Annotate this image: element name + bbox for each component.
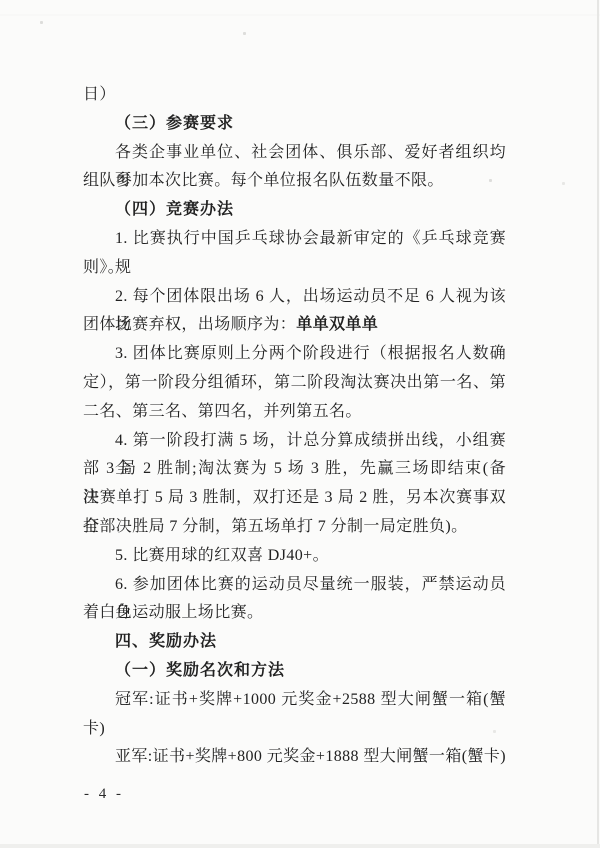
- text-segment: 全部决胜局 7 分制，第五场单打 7 分制一局定胜负)。: [83, 518, 468, 535]
- text-line: 着白色运动服上场比赛。: [83, 599, 506, 628]
- scan-speck: [243, 32, 246, 35]
- text-segment: 卡): [83, 720, 105, 737]
- text-line: 3. 团体比赛原则上分两个阶段进行（根据报名人数确: [83, 340, 506, 369]
- scan-speck: [493, 730, 496, 733]
- text-line: （一）奖励名次和方法: [83, 657, 506, 686]
- scan-page-edge: [0, 844, 600, 848]
- document-page: 日）（三）参赛要求各类企事业单位、社会团体、俱乐部、爱好者组织均可组队参加本次比…: [0, 0, 600, 848]
- text-line: 卡): [83, 715, 506, 744]
- scan-speck: [40, 21, 43, 24]
- text-line: 亚军:证书+奖牌+800 元奖金+1888 型大闸蟹一箱(蟹卡): [83, 743, 506, 772]
- text-segment: （三）参赛要求: [115, 115, 234, 132]
- text-segment: 3. 团体比赛原则上分两个阶段进行（根据报名人数确: [115, 345, 506, 362]
- text-segment: 团体比赛弃权，出场顺序为：: [83, 316, 296, 333]
- text-line: （三）参赛要求: [83, 110, 506, 139]
- text-line: 各类企事业单位、社会团体、俱乐部、爱好者组织均可: [83, 139, 506, 168]
- text-line: 冠军:证书+奖牌+1000 元奖金+2588 型大闸蟹一箱(蟹: [83, 686, 506, 715]
- text-segment: 组队参加本次比赛。每个单位报名队伍数量不限。: [83, 172, 444, 189]
- text-line: 定），第一阶段分组循环，第二阶段淘汰赛决出第一名、第: [83, 369, 506, 398]
- text-segment: （一）奖励名次和方法: [115, 662, 285, 679]
- page-number: - 4 -: [84, 786, 124, 803]
- text-segment: 亚军:证书+奖牌+800 元奖金+1888 型大闸蟹一箱(蟹卡): [115, 748, 506, 765]
- text-line: （四）竞赛办法: [83, 196, 506, 225]
- text-line: 5. 比赛用球的红双喜 DJ40+。: [83, 542, 506, 571]
- text-line: 6. 参加团体比赛的运动员尽量统一服装，严禁运动员身: [83, 571, 506, 600]
- text-line: 2. 每个团体限出场 6 人，出场运动员不足 6 人视为该场: [83, 283, 506, 312]
- text-line: 决赛单打 5 局 3 胜制，双打还是 3 局 2 胜，另本次赛事双打: [83, 484, 506, 513]
- text-segment: 定），第一阶段分组循环，第二阶段淘汰赛决出第一名、第: [83, 374, 506, 391]
- text-segment: （四）竞赛办法: [115, 201, 234, 218]
- text-segment: 日）: [83, 86, 116, 103]
- text-segment: 则》。: [83, 259, 124, 276]
- text-segment: 单单双单单: [296, 316, 378, 333]
- text-line: 4. 第一阶段打满 5 场，计总分算成绩拼出线，小组赛全: [83, 427, 506, 456]
- text-segment: 四、奖励办法: [115, 633, 217, 650]
- document-lines: 日）（三）参赛要求各类企事业单位、社会团体、俱乐部、爱好者组织均可组队参加本次比…: [83, 81, 506, 772]
- text-line: 二名、第三名、第四名，并列第五名。: [83, 398, 506, 427]
- text-line: 则》。: [83, 254, 506, 283]
- scan-speck: [489, 179, 492, 182]
- text-line: 组队参加本次比赛。每个单位报名队伍数量不限。: [83, 167, 506, 196]
- scan-speck: [562, 182, 565, 185]
- text-line: 日）: [83, 81, 506, 110]
- text-segment: 5. 比赛用球的红双喜 DJ40+。: [115, 547, 329, 564]
- text-line: 全部决胜局 7 分制，第五场单打 7 分制一局定胜负)。: [83, 513, 506, 542]
- text-segment: 着白色运动服上场比赛。: [83, 604, 263, 621]
- text-segment: 二名、第三名、第四名，并列第五名。: [83, 403, 362, 420]
- text-line: 1. 比赛执行中国乒乓球协会最新审定的《乒乓球竞赛规: [83, 225, 506, 254]
- scan-page-edge: [597, 0, 599, 848]
- text-segment: 冠军:证书+奖牌+1000 元奖金+2588 型大闸蟹一箱(蟹: [115, 691, 506, 708]
- text-line: 四、奖励办法: [83, 628, 506, 657]
- text-line: 部 3 局 2 胜制;淘汰赛为 5 场 3 胜，先赢三场即结束(备注：: [83, 455, 506, 484]
- text-line: 团体比赛弃权，出场顺序为：单单双单单: [83, 311, 506, 340]
